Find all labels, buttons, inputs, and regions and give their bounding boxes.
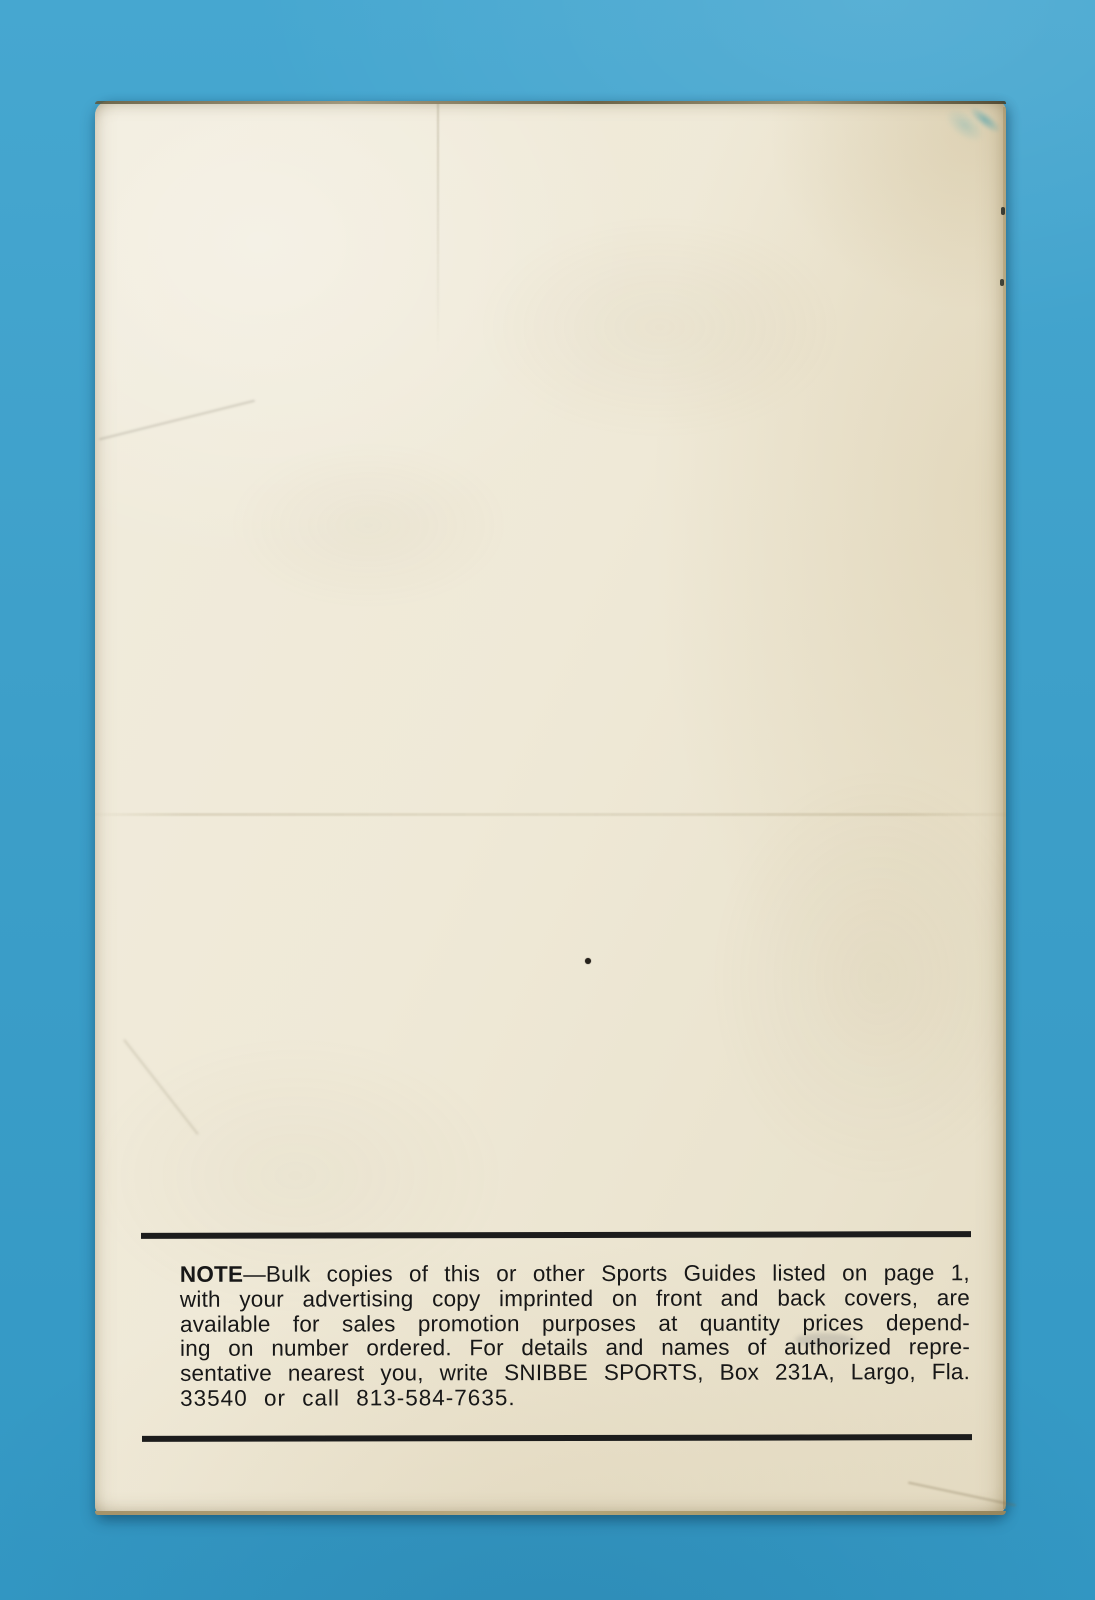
edge-speck xyxy=(1001,207,1005,215)
cover-top-edge xyxy=(95,101,1006,104)
note-line-1: NOTE—Bulk copies of this or other Sports… xyxy=(180,1261,970,1287)
edge-speck xyxy=(1000,279,1004,286)
scuff-mark-upper-left xyxy=(99,400,255,441)
scuff-mark-corner xyxy=(908,1482,1016,1507)
note-line-6: 33540 or call 813-584-7635. xyxy=(180,1385,970,1411)
cover-right-page-edge xyxy=(1003,107,1006,1509)
note-line-5: sentative nearest you, write SNIBBE SPOR… xyxy=(180,1360,970,1386)
scuff-mark-lower-left xyxy=(123,1039,198,1135)
ink-dot xyxy=(585,958,591,964)
note-line-2: with your advertising copy imprinted on … xyxy=(180,1286,970,1312)
note-line-3: available for sales promotion purposes a… xyxy=(180,1311,970,1337)
note-divider-rule-bottom xyxy=(142,1434,972,1442)
corner-teal-stain xyxy=(932,85,1014,165)
note-label: NOTE xyxy=(180,1262,243,1287)
note-line-4: ing on number ordered. For details and n… xyxy=(180,1336,970,1362)
note-line-1-text: —Bulk copies of this or other Sports Gui… xyxy=(243,1260,970,1287)
note-paragraph: NOTE—Bulk copies of this or other Sports… xyxy=(180,1261,970,1411)
vertical-streak xyxy=(437,103,439,353)
booklet-back-cover: NOTE—Bulk copies of this or other Sports… xyxy=(95,101,1006,1515)
note-divider-rule-top xyxy=(141,1231,971,1239)
cover-bottom-page-edge xyxy=(95,1511,1006,1515)
horizontal-crease-line xyxy=(95,813,1006,816)
photo-backdrop: { "colors": { "backdrop_blue": "#3d9fc9"… xyxy=(0,0,1095,1600)
